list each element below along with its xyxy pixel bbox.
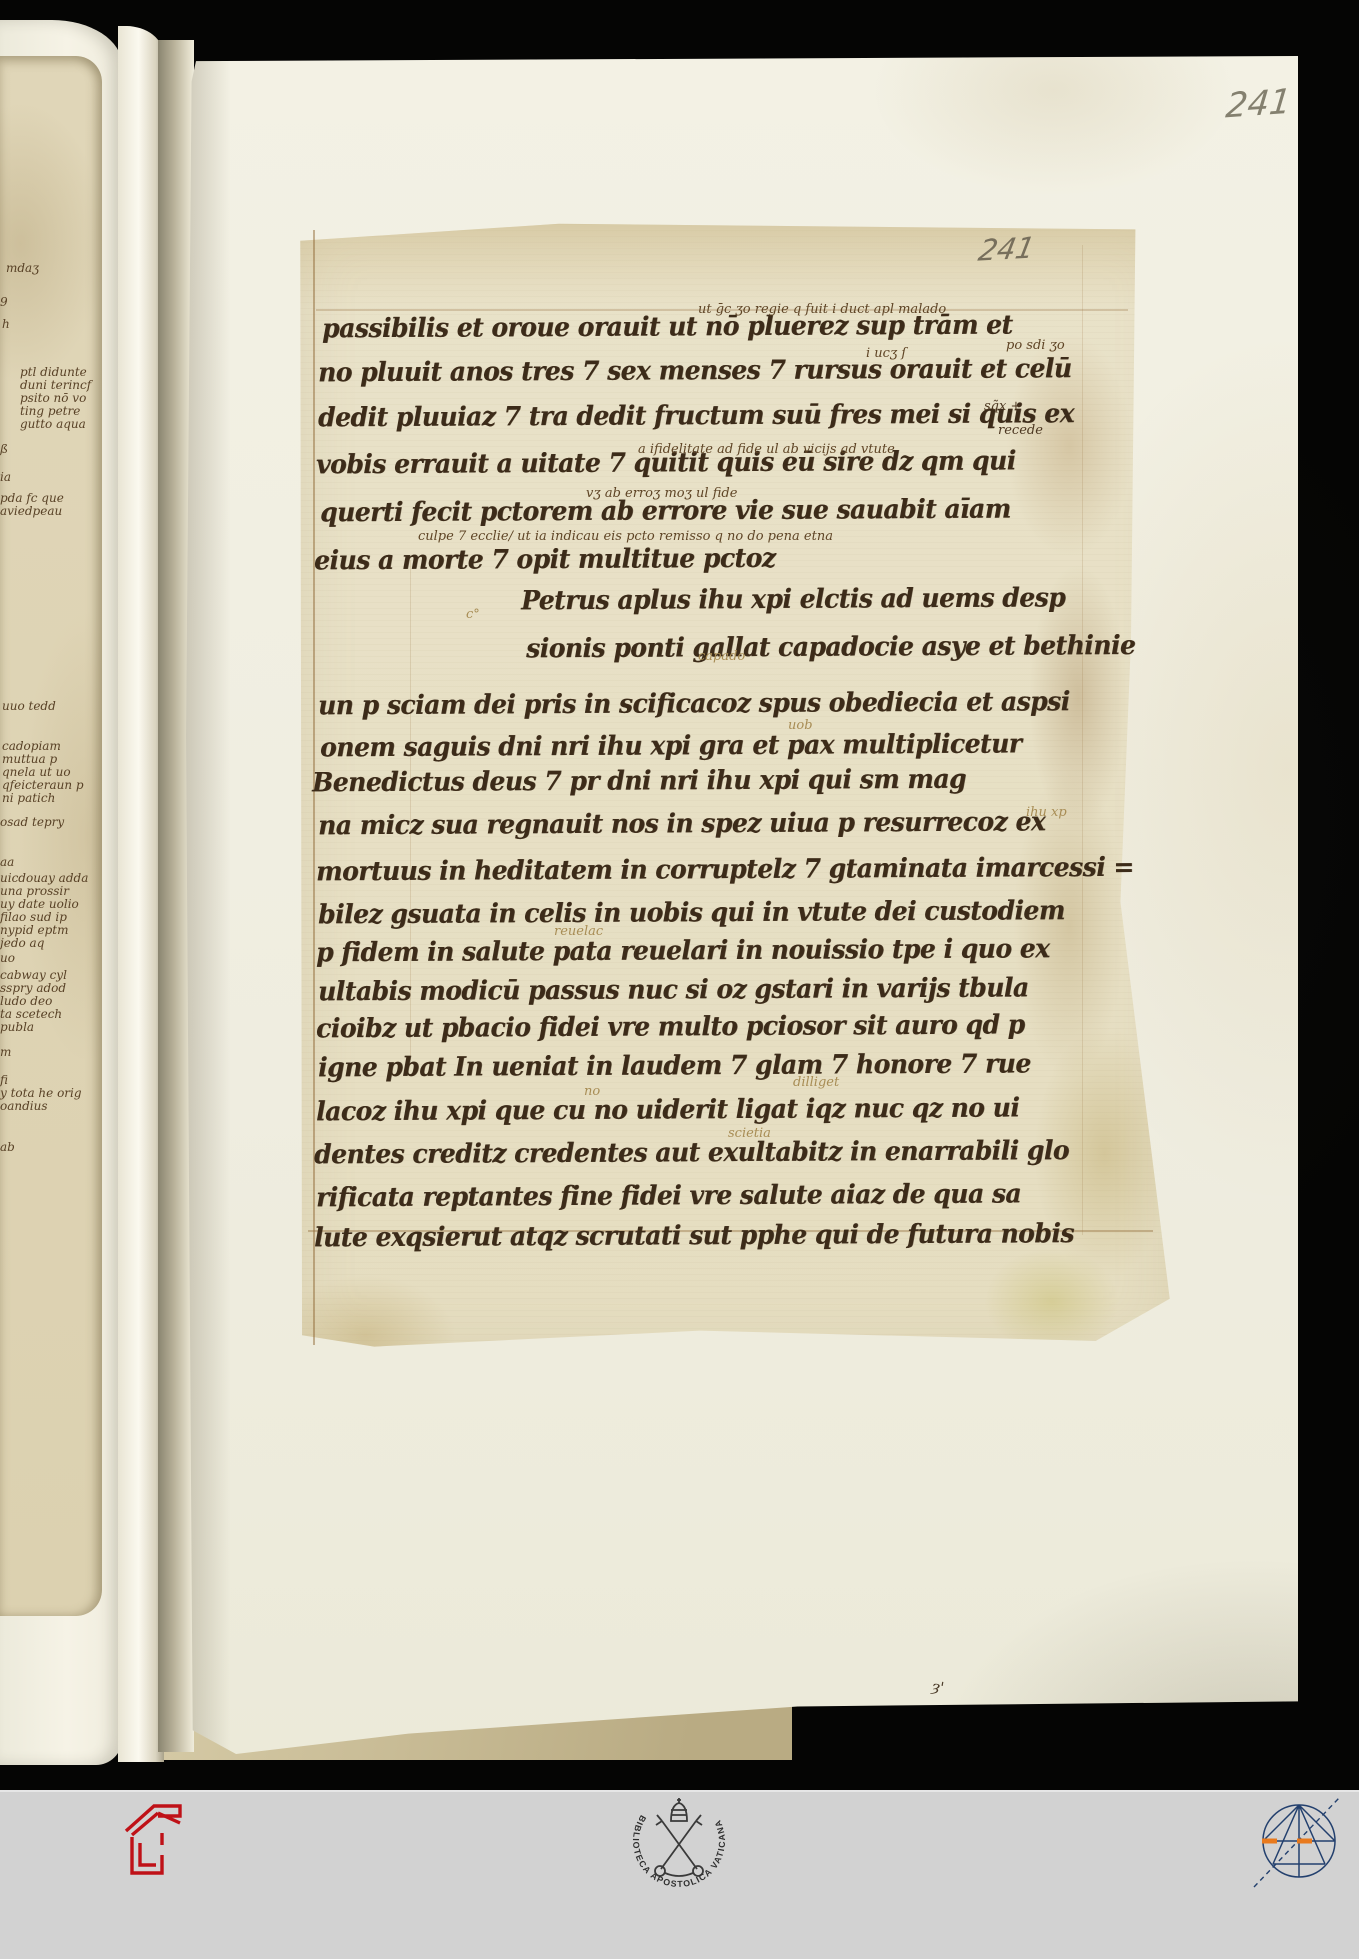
facing-page-text-fragment: cabway cyl sspry adod ludo deo ta scetec… (0, 969, 67, 1034)
manuscript-line: Benedictus deus 7 pr dni nri ihu xpi qui… (312, 763, 966, 797)
manuscript-line: mortuus in heditatem in corruptelz 7 gta… (316, 851, 1134, 886)
interlinear-gloss: culpe 7 ecclie/ ut ia indicau eis pcto r… (418, 529, 833, 544)
facing-page-text-fragment: h (2, 318, 10, 331)
interlinear-gloss: i ucʒ ſ (866, 346, 906, 361)
manuscript-line: eius a morte 7 opit multitue pctoz (314, 542, 776, 575)
interlinear-gloss: po sdi ʒo (1006, 338, 1065, 353)
manuscript-line: igne pbat In ueniat in laudem 7 glam 7 h… (318, 1048, 1031, 1083)
facing-page-text-fragment: ia (0, 471, 11, 484)
manuscript-line: ultabis modicū passus nuc si oz gstari i… (318, 972, 1029, 1007)
interlinear-gloss: a ifidelitate ad fide ul ab vicijs ad vt… (638, 442, 895, 457)
ub-heidelberg-logo-icon (104, 1799, 192, 1883)
manuscript-text-layer: 241 241 passibilis et oroue orauit ut nō… (0, 0, 1359, 1959)
interlinear-gloss: ut ḡc ʒo regie q fuit i duct apl malado (698, 302, 946, 317)
margin-note: sq̃x + (984, 399, 1021, 414)
facing-page-text-fragment: 9 (0, 296, 8, 309)
facing-page-text-fragment: mdaʒ (6, 262, 39, 275)
interlinear-gloss: reuelac (554, 924, 603, 939)
facing-page-text-fragment: ab (0, 1141, 15, 1154)
manuscript-line: lute exqsierut atqz scrutati sut pphe qu… (314, 1218, 1074, 1253)
manuscript-line: un p sciam dei pris in scificacoz spus o… (318, 686, 1070, 721)
interlinear-gloss: dilliget (793, 1075, 839, 1090)
stray-ink-mark: ȝ' (931, 1677, 946, 1697)
facing-page-text-fragment: uuo tedd (2, 700, 56, 713)
interlinear-gloss: c° (466, 607, 480, 622)
manuscript-line: sionis ponti gallat capadocie asye et be… (526, 630, 1135, 664)
svg-text:BIBLIOTECA APOSTOLICA VATICANA: BIBLIOTECA APOSTOLICA VATICANA (631, 1813, 727, 1889)
manuscript-line: dedit pluuiaz 7 tra dedit fructum suū fr… (318, 398, 1074, 433)
interlinear-gloss: ihu xp (1026, 805, 1067, 820)
interlinear-gloss: vʒ ab erroʒ moʒ ul fide (586, 486, 737, 501)
manuscript-line: lacoz ihu xpi que cu no uiderit ligat iq… (316, 1092, 1019, 1127)
facing-page-text-fragment: ß (0, 443, 8, 456)
facing-page-text-fragment: osad tepry (0, 816, 64, 829)
manuscript-scan-page: 241 241 passibilis et oroue orauit ut nō… (0, 0, 1359, 1959)
interlinear-gloss: scietia (728, 1126, 771, 1141)
interlinear-gloss: capado (698, 649, 745, 664)
vatican-seal-text: BIBLIOTECA APOSTOLICA VATICANA (631, 1813, 727, 1889)
facing-page-text-fragment: aa (0, 856, 14, 869)
interlinear-gloss: uob (788, 718, 813, 733)
interlinear-gloss: no (584, 1084, 600, 1099)
mls-logo-icon (1252, 1797, 1342, 1889)
vatican-seal-icon: BIBLIOTECA APOSTOLICA VATICANA (610, 1797, 748, 1899)
manuscript-line: bilez gsuata in celis in uobis qui in vt… (318, 895, 1065, 930)
folio-number-pencil: 241 (1224, 82, 1293, 127)
facing-page-text-fragment: m (0, 1046, 11, 1059)
manuscript-line: Petrus aplus ihu xpi elctis ad uems desp (521, 582, 1065, 616)
manuscript-line: na micz sua regnauit nos in spez uiua p … (318, 806, 1045, 841)
manuscript-line: rificata reptantes fine fidei vre salute… (316, 1178, 1021, 1213)
facing-page-text-fragment: uo (0, 952, 15, 965)
folio-number-leaf: 241 (976, 230, 1038, 267)
manuscript-line: p fidem in salute pata reuelari in nouis… (316, 933, 1050, 968)
manuscript-line: dentes creditz credentes aut exultabitz … (314, 1135, 1069, 1170)
facing-page-text-fragment: uicdouay adda una prossir uy date uolio … (0, 872, 88, 950)
manuscript-line: cioibz ut pbacio fidei vre multo pciosor… (316, 1009, 1025, 1044)
facing-page-text-fragment: ptl didunte duni terincf psito nō vo tin… (20, 366, 91, 431)
facing-page-text-fragment: cadopiam muttua p qnela ut uo qfeicterau… (2, 740, 84, 805)
margin-note: recede (998, 423, 1043, 438)
facing-page-text-fragment: pda fc que aviedpeau (0, 492, 64, 518)
facing-page-text-fragment: fi y tota he orig oandius (0, 1074, 82, 1113)
manuscript-line: onem saguis dni nri ihu xpi gra et pax m… (320, 728, 1021, 763)
manuscript-line: no pluuit anos tres 7 sex menses 7 rursu… (318, 353, 1072, 388)
